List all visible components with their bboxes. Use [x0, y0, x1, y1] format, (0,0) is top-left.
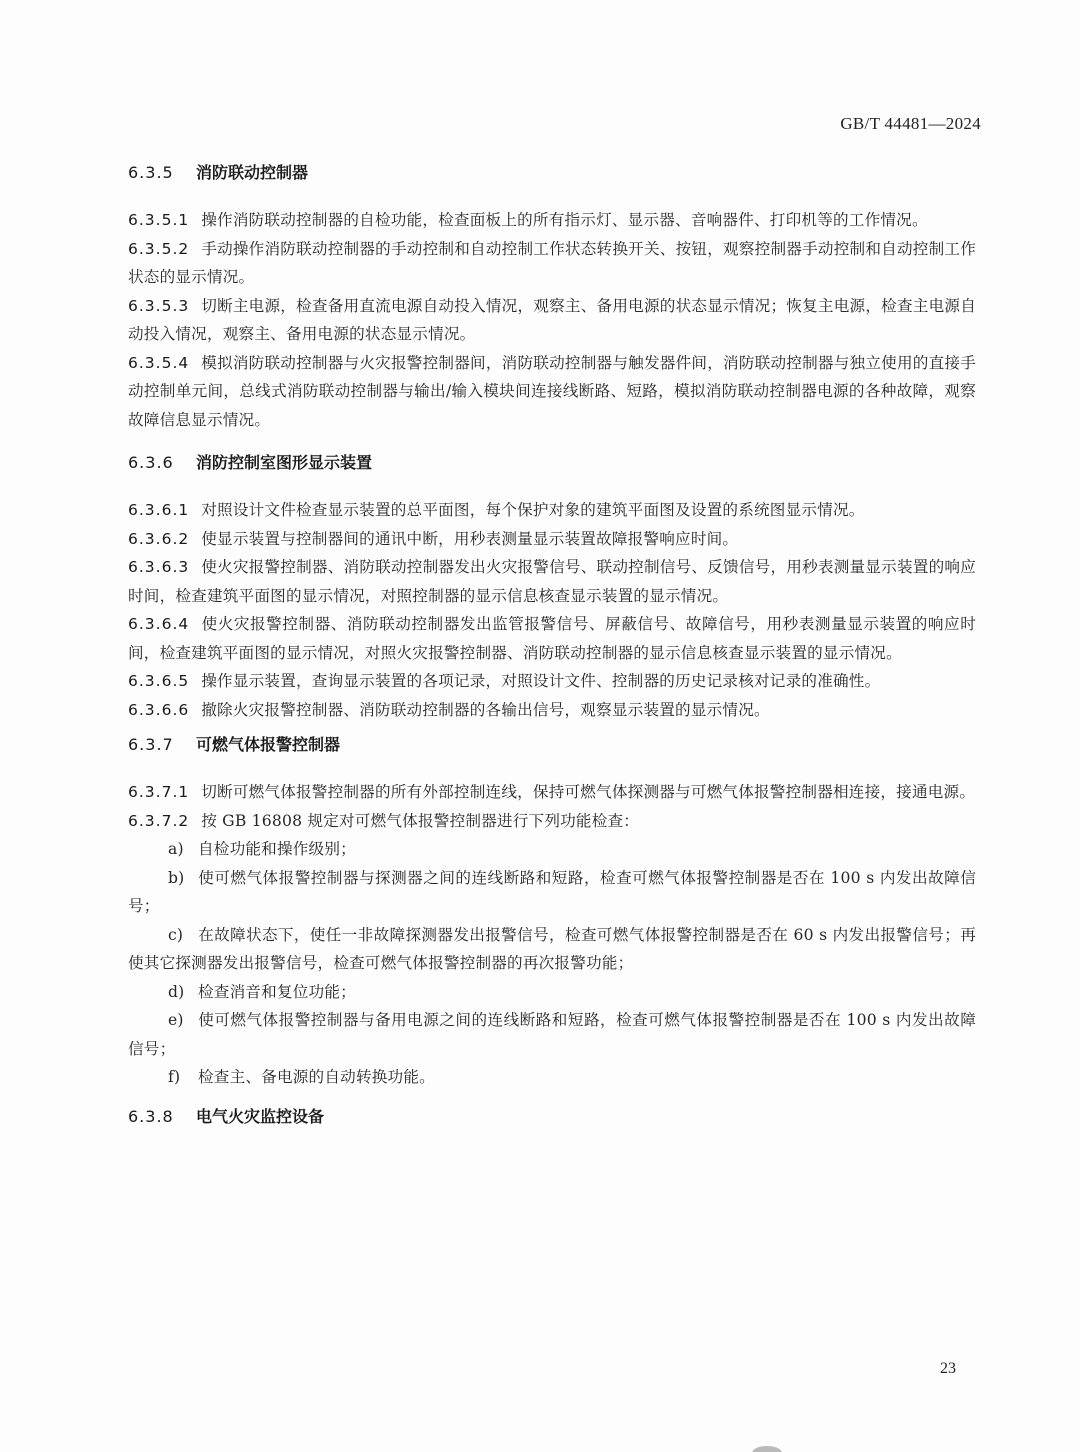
section-title: 消防联动控制器 — [196, 163, 308, 182]
clause-number: 6.3.6.3 — [128, 558, 189, 576]
clause-text: 切断主电源，检查备用直流电源自动投入情况，观察主、备用电源的状态显示情况；恢复主… — [128, 297, 976, 344]
clause-number: 6.3.7.2 — [128, 812, 189, 830]
clause-text: 模拟消防联动控制器与火灾报警控制器间，消防联动控制器与触发器件间，消防联动控制器… — [128, 354, 976, 429]
page-content: 6.3.5消防联动控制器 6.3.5.1操作消防联动控制器的自检功能，检查面板上… — [128, 160, 976, 1130]
list-item-a: a)自检功能和操作级别； — [128, 835, 976, 864]
clause-6-3-5-1: 6.3.5.1操作消防联动控制器的自检功能，检查面板上的所有指示灯、显示器、音响… — [128, 206, 976, 235]
clause-text: 使火灾报警控制器、消防联动控制器发出火灾报警信号、联动控制信号、反馈信号，用秒表… — [128, 558, 976, 605]
clause-6-3-6-4: 6.3.6.4使火灾报警控制器、消防联动控制器发出监管报警信号、屏蔽信号、故障信… — [128, 610, 976, 667]
list-item-f: f)检查主、备电源的自动转换功能。 — [128, 1063, 976, 1092]
list-text: 检查主、备电源的自动转换功能。 — [198, 1068, 435, 1086]
page-number: 23 — [940, 1360, 956, 1378]
section-heading-6-3-8: 6.3.8电气火灾监控设备 — [128, 1104, 976, 1130]
list-text: 在故障状态下，使任一非故障探测器发出报警信号，检查可燃气体报警控制器是否在 60… — [128, 926, 976, 973]
section-heading-6-3-7: 6.3.7可燃气体报警控制器 — [128, 732, 976, 758]
clause-text: 操作消防联动控制器的自检功能，检查面板上的所有指示灯、显示器、音响器件、打印机等… — [201, 211, 928, 229]
clause-6-3-7-1: 6.3.7.1切断可燃气体报警控制器的所有外部控制连线，保持可燃气体探测器与可燃… — [128, 778, 976, 807]
clause-text: 操作显示装置，查询显示装置的各项记录，对照设计文件、控制器的历史记录核对记录的准… — [201, 672, 880, 690]
clause-6-3-6-1: 6.3.6.1对照设计文件检查显示装置的总平面图，每个保护对象的建筑平面图及设置… — [128, 496, 976, 525]
list-marker: a) — [168, 835, 198, 864]
clause-number: 6.3.5.4 — [128, 354, 189, 372]
list-marker: c) — [168, 921, 198, 950]
section-title: 消防控制室图形显示装置 — [196, 453, 372, 472]
list-text: 使可燃气体报警控制器与备用电源之间的连线断路和短路，检查可燃气体报警控制器是否在… — [128, 1011, 976, 1058]
clause-number: 6.3.5.2 — [128, 240, 189, 258]
clause-6-3-7-2: 6.3.7.2按 GB 16808 规定对可燃气体报警控制器进行下列功能检查： — [128, 807, 976, 836]
document-page: GB/T 44481—2024 6.3.5消防联动控制器 6.3.5.1操作消防… — [0, 0, 1080, 1452]
list-marker: e) — [168, 1006, 198, 1035]
list-text: 自检功能和操作级别； — [198, 840, 356, 858]
clause-number: 6.3.5.1 — [128, 211, 189, 229]
clause-number: 6.3.6.5 — [128, 672, 189, 690]
list-item-e: e)使可燃气体报警控制器与备用电源之间的连线断路和短路，检查可燃气体报警控制器是… — [128, 1006, 976, 1063]
list-item-b: b)使可燃气体报警控制器与探测器之间的连线断路和短路，检查可燃气体报警控制器是否… — [128, 864, 976, 921]
clause-number: 6.3.7.1 — [128, 783, 189, 801]
list-marker: b) — [168, 864, 198, 893]
clause-6-3-5-2: 6.3.5.2手动操作消防联动控制器的手动控制和自动控制工作状态转换开关、按钮，… — [128, 235, 976, 292]
clause-text: 撤除火灾报警控制器、消防联动控制器的各输出信号，观察显示装置的显示情况。 — [201, 701, 770, 719]
clause-number: 6.3.5.3 — [128, 297, 189, 315]
clause-6-3-6-3: 6.3.6.3使火灾报警控制器、消防联动控制器发出火灾报警信号、联动控制信号、反… — [128, 553, 976, 610]
clause-6-3-5-3: 6.3.5.3切断主电源，检查备用直流电源自动投入情况，观察主、备用电源的状态显… — [128, 292, 976, 349]
section-number: 6.3.6 — [128, 450, 196, 476]
list-marker: d) — [168, 978, 198, 1007]
clause-number: 6.3.6.6 — [128, 701, 189, 719]
section-title: 可燃气体报警控制器 — [196, 735, 340, 754]
section-number: 6.3.5 — [128, 160, 196, 186]
list-item-c: c)在故障状态下，使任一非故障探测器发出报警信号，检查可燃气体报警控制器是否在 … — [128, 921, 976, 978]
clause-6-3-6-6: 6.3.6.6撤除火灾报警控制器、消防联动控制器的各输出信号，观察显示装置的显示… — [128, 696, 976, 725]
clause-6-3-6-5: 6.3.6.5操作显示装置，查询显示装置的各项记录，对照设计文件、控制器的历史记… — [128, 667, 976, 696]
clause-text: 按 GB 16808 规定对可燃气体报警控制器进行下列功能检查： — [201, 812, 639, 830]
scan-artifact — [752, 1446, 782, 1452]
clause-number: 6.3.6.2 — [128, 530, 189, 548]
clause-6-3-6-2: 6.3.6.2使显示装置与控制器间的通讯中断，用秒表测量显示装置故障报警响应时间… — [128, 525, 976, 554]
clause-number: 6.3.6.1 — [128, 501, 189, 519]
list-text: 使可燃气体报警控制器与探测器之间的连线断路和短路，检查可燃气体报警控制器是否在 … — [128, 869, 976, 916]
clause-text: 使火灾报警控制器、消防联动控制器发出监管报警信号、屏蔽信号、故障信号，用秒表测量… — [128, 615, 976, 662]
section-number: 6.3.7 — [128, 732, 196, 758]
clause-text: 对照设计文件检查显示装置的总平面图，每个保护对象的建筑平面图及设置的系统图显示情… — [201, 501, 864, 519]
section-number: 6.3.8 — [128, 1104, 196, 1130]
section-title: 电气火灾监控设备 — [196, 1107, 324, 1126]
standard-code: GB/T 44481—2024 — [840, 114, 981, 134]
clause-text: 使显示装置与控制器间的通讯中断，用秒表测量显示装置故障报警响应时间。 — [201, 530, 738, 548]
list-marker: f) — [168, 1063, 198, 1092]
clause-number: 6.3.6.4 — [128, 615, 189, 633]
clause-6-3-5-4: 6.3.5.4模拟消防联动控制器与火灾报警控制器间，消防联动控制器与触发器件间，… — [128, 349, 976, 435]
clause-text: 切断可燃气体报警控制器的所有外部控制连线，保持可燃气体探测器与可燃气体报警控制器… — [201, 783, 975, 801]
section-heading-6-3-5: 6.3.5消防联动控制器 — [128, 160, 976, 186]
section-heading-6-3-6: 6.3.6消防控制室图形显示装置 — [128, 450, 976, 476]
list-item-d: d)检查消音和复位功能； — [128, 978, 976, 1007]
list-text: 检查消音和复位功能； — [198, 983, 356, 1001]
clause-text: 手动操作消防联动控制器的手动控制和自动控制工作状态转换开关、按钮，观察控制器手动… — [128, 240, 976, 287]
